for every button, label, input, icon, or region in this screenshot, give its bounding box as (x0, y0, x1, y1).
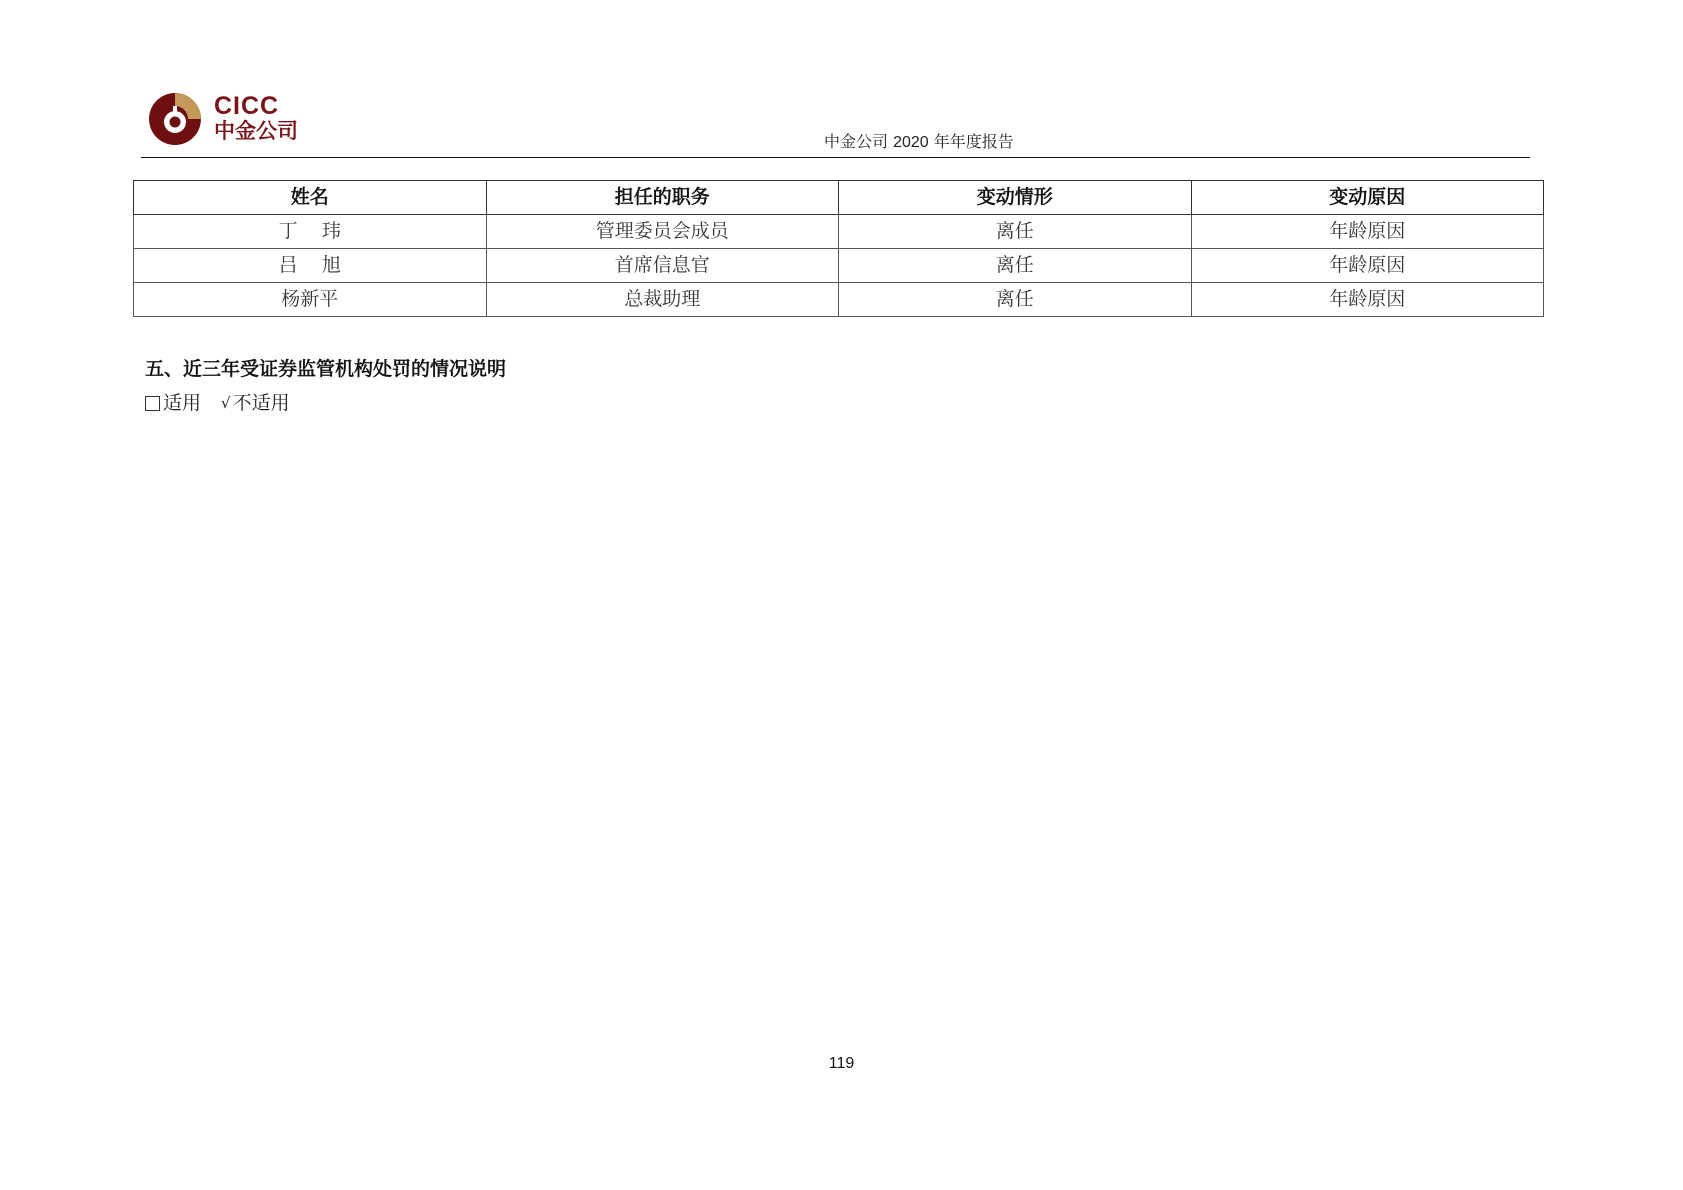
cell-reason: 年龄原因 (1191, 249, 1544, 283)
logo-text-en: CICC (214, 94, 279, 119)
report-title: 中金公司 2020 年年度报告 (824, 132, 1014, 153)
report-title-suffix: 年年度报告 (929, 132, 1014, 151)
option-applicable-label: 适用 (163, 391, 201, 415)
cell-reason: 年龄原因 (1191, 283, 1544, 317)
cell-position: 首席信息官 (486, 249, 839, 283)
column-header-change: 变动情形 (839, 181, 1192, 215)
cell-change: 离任 (839, 283, 1192, 317)
report-title-year: 2020 (893, 134, 929, 151)
table-header-row: 姓名 担任的职务 变动情形 变动原因 (134, 181, 1544, 215)
column-header-reason: 变动原因 (1191, 181, 1544, 215)
page-number: 119 (0, 1054, 1683, 1074)
table-row: 吕 旭 首席信息官 离任 年龄原因 (134, 249, 1544, 283)
check-mark-icon: √ (221, 391, 231, 415)
cell-name: 杨新平 (134, 283, 487, 317)
cell-position: 总裁助理 (486, 283, 839, 317)
cicc-logo: CICC 中金公司 (148, 92, 308, 148)
cell-change: 离任 (839, 215, 1192, 249)
cell-name: 丁 玮 (134, 215, 487, 249)
section-heading: 五、近三年受证券监管机构处罚的情况说明 (145, 357, 506, 381)
report-title-prefix: 中金公司 (824, 132, 893, 151)
cell-name: 吕 旭 (134, 249, 487, 283)
logo-text-cn: 中金公司 (214, 120, 298, 142)
applicability-options: 适用 √ 不适用 (145, 391, 290, 415)
table-row: 丁 玮 管理委员会成员 离任 年龄原因 (134, 215, 1544, 249)
cell-position: 管理委员会成员 (486, 215, 839, 249)
cicc-logo-icon (148, 92, 202, 146)
cell-change: 离任 (839, 249, 1192, 283)
column-header-name: 姓名 (134, 181, 487, 215)
option-not-applicable-label: 不适用 (233, 391, 290, 415)
header-divider (141, 157, 1530, 158)
cell-reason: 年龄原因 (1191, 215, 1544, 249)
table-row: 杨新平 总裁助理 离任 年龄原因 (134, 283, 1544, 317)
empty-checkbox-icon (145, 396, 160, 411)
column-header-position: 担任的职务 (486, 181, 839, 215)
personnel-change-table: 姓名 担任的职务 变动情形 变动原因 丁 玮 管理委员会成员 离任 年龄原因 吕… (133, 180, 1544, 317)
